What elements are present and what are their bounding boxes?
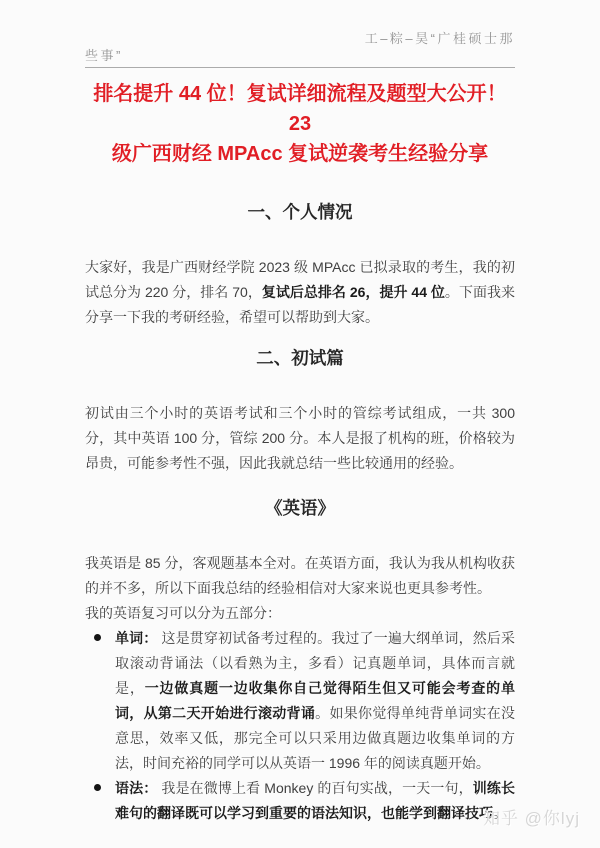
paragraph-english-parts: 我的英语复习可以分为五部分： bbox=[85, 601, 515, 626]
bullet-dot-icon bbox=[94, 784, 101, 791]
header-text-line2: 些事” bbox=[85, 47, 515, 64]
paragraph-english-intro: 我英语是 85 分，客观题基本全对。在英语方面，我认为我从机构收获的并不多，所以… bbox=[85, 551, 515, 601]
document-page: 工–粽–昊“广桂硕士那 些事” 排名提升 44 位！复试详细流程及题型大公开！2… bbox=[0, 0, 600, 826]
paragraph-personal-info: 大家好，我是广西财经学院 2023 级 MPAcc 已拟录取的考生，我的初试总分… bbox=[85, 255, 515, 330]
list-item-grammar: 语法： 我是在微博上看 Monkey 的百句实战，一天一句，训练长难句的翻译既可… bbox=[85, 776, 515, 826]
bullet-dot-icon bbox=[94, 634, 101, 641]
article-title-line2: 级广西财经 MPAcc 复试逆袭考生经验分享 bbox=[85, 139, 515, 169]
list-item-vocabulary: 单词： 这是贯穿初试备考过程的。我过了一遍大纲单词，然后采取滚动背诵法（以看熟为… bbox=[85, 626, 515, 776]
english-method-list: 单词： 这是贯穿初试备考过程的。我过了一遍大纲单词，然后采取滚动背诵法（以看熟为… bbox=[85, 626, 515, 826]
section-heading-first-exam: 二、初试篇 bbox=[85, 346, 515, 370]
article-title: 排名提升 44 位！复试详细流程及题型大公开！23 级广西财经 MPAcc 复试… bbox=[85, 79, 515, 169]
section-heading-english: 《英语》 bbox=[85, 496, 515, 520]
paragraph-first-exam: 初试由三个小时的英语考试和三个小时的管综考试组成，一共 300 分，其中英语 1… bbox=[85, 401, 515, 476]
zhihu-watermark: 知乎 @你lyj bbox=[483, 804, 580, 829]
section-heading-personal-info: 一、个人情况 bbox=[85, 200, 515, 224]
header-text-line1: 工–粽–昊“广桂硕士那 bbox=[85, 30, 515, 47]
page-header: 工–粽–昊“广桂硕士那 些事” bbox=[85, 30, 515, 68]
article-title-line1: 排名提升 44 位！复试详细流程及题型大公开！23 bbox=[85, 79, 515, 139]
